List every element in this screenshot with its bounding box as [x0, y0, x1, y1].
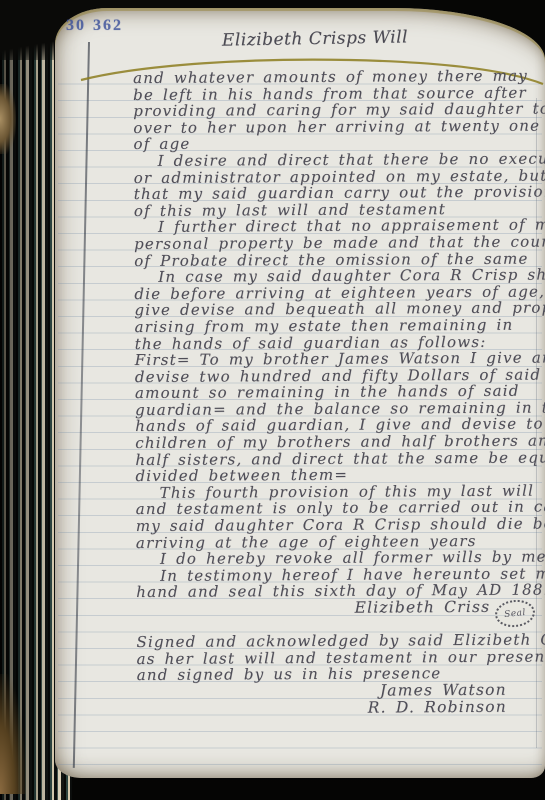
text-line: Elizibeth Criss: [136, 599, 542, 618]
page-title: Elizibeth Crisps Will: [175, 27, 455, 52]
handwritten-text-block: and whatever amounts of money there mayb…: [133, 68, 543, 718]
record-book-scan: 30 362 Elizibeth Crisps Will and whateve…: [0, 0, 545, 800]
seal-label: Seal: [504, 607, 527, 619]
book-cover-edge-top: [0, 84, 16, 154]
page-number-stamp: 362: [93, 17, 123, 35]
page-number-stamp-partial: 30: [66, 17, 86, 35]
text-line: over to her upon her arriving at twenty …: [133, 117, 539, 136]
will-book-page: 30 362 Elizibeth Crisps Will and whateve…: [55, 8, 545, 778]
page-edge-vertical-line: [73, 42, 90, 768]
text-line: R. D. Robinson: [137, 698, 543, 717]
